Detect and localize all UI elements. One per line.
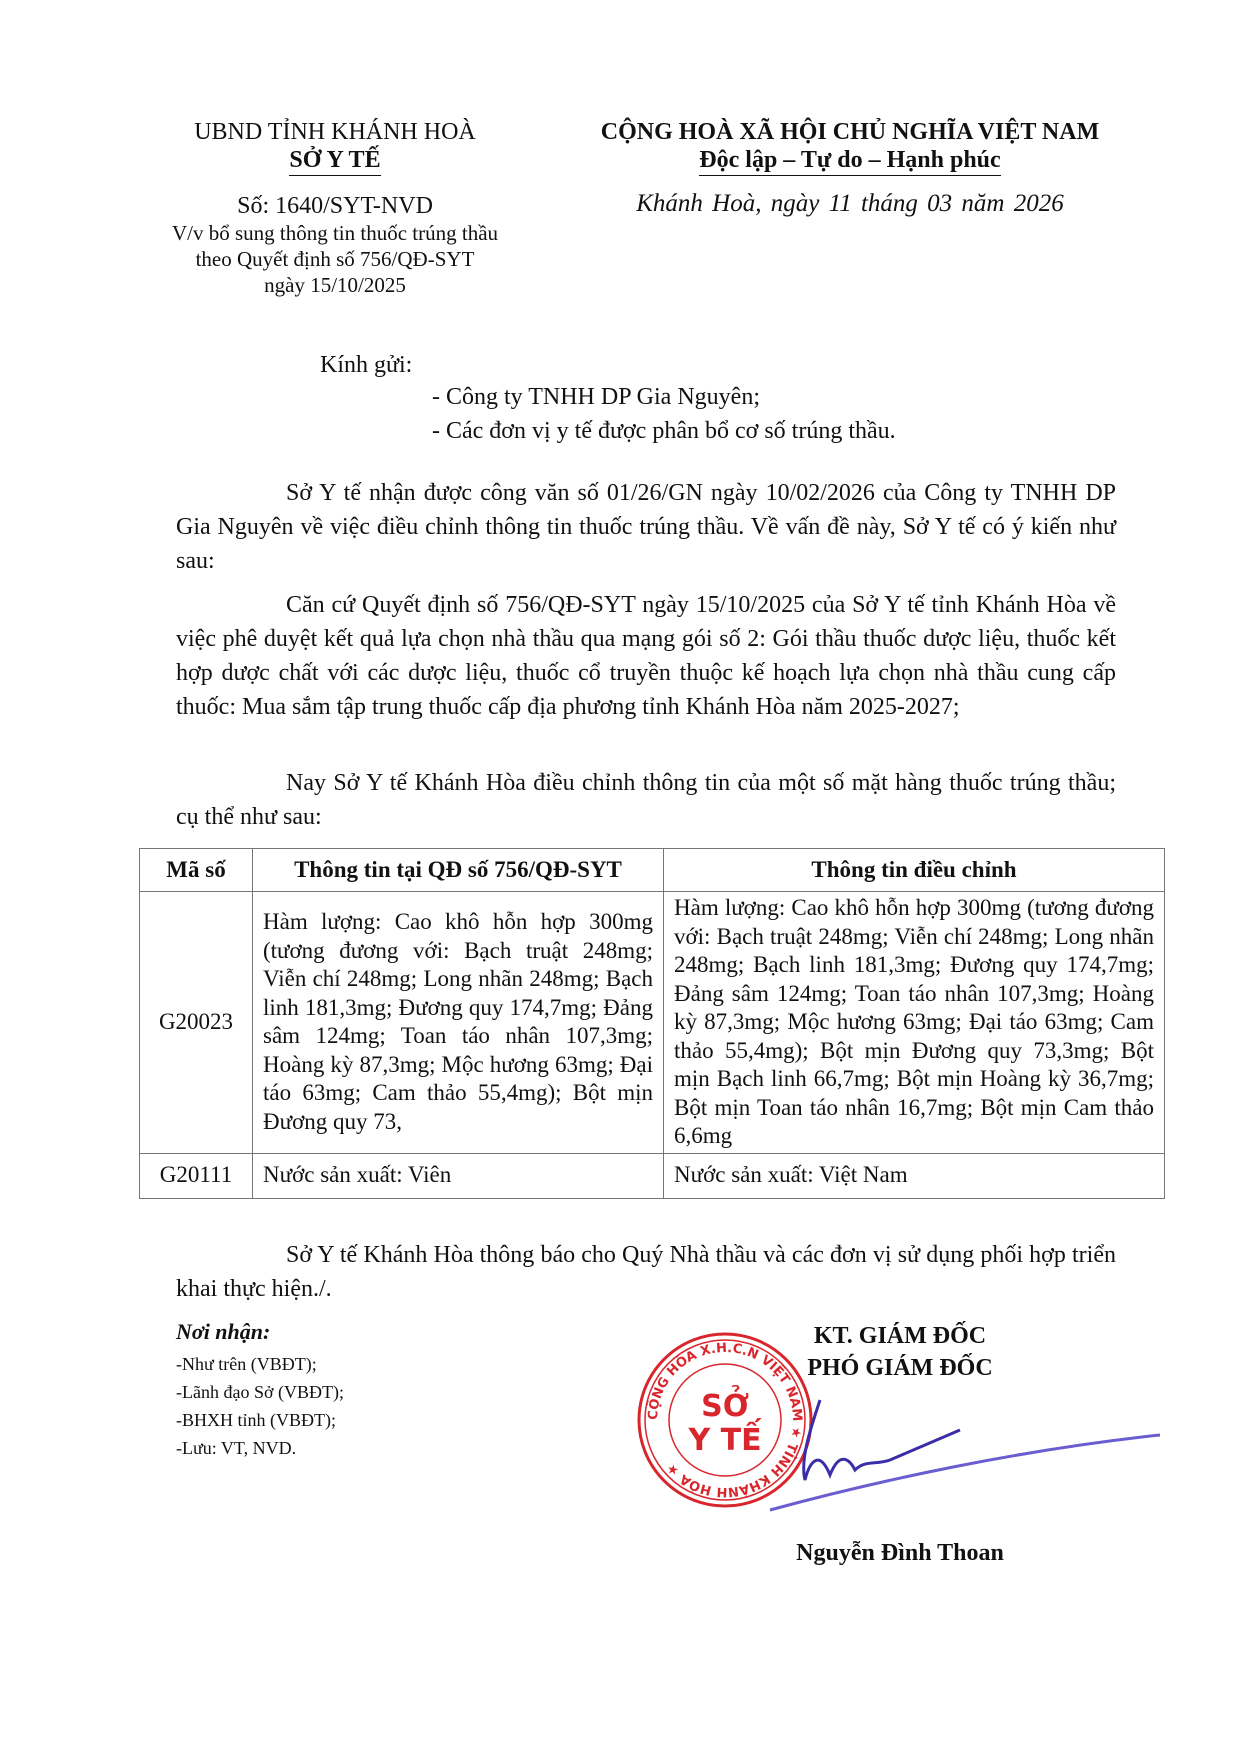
table-row: G20023 Hàm lượng: Cao khô hỗn hợp 300mg … — [140, 892, 1165, 1154]
row-code: G20023 — [140, 892, 253, 1154]
body-paragraph-1: Sở Y tế nhận được công văn số 01/26/GN n… — [176, 476, 1116, 578]
col-code: Mã số — [140, 849, 253, 892]
recipient-item: -Như trên (VBĐT); — [176, 1350, 344, 1378]
adjustment-table: Mã số Thông tin tại QĐ số 756/QĐ-SYT Thô… — [139, 848, 1165, 1199]
svg-text:SỞ: SỞ — [701, 1384, 749, 1424]
recipient-item: -Lãnh đạo Sở (VBĐT); — [176, 1378, 344, 1406]
issuing-authority-block: UBND TỈNH KHÁNH HOÀ SỞ Y TẾ Số: 1640/SYT… — [140, 118, 530, 298]
row-code: G20111 — [140, 1153, 253, 1198]
addressee-2: - Các đơn vị y tế được phân bổ cơ số trú… — [432, 414, 896, 448]
closing-paragraph: Sở Y tế Khánh Hòa thông báo cho Quý Nhà … — [176, 1238, 1116, 1306]
document-number: Số: 1640/SYT-NVD — [140, 192, 530, 220]
signature-block: KT. GIÁM ĐỐC PHÓ GIÁM ĐỐC — [700, 1320, 1100, 1384]
addressee-1: - Công ty TNHH DP Gia Nguyên; — [432, 380, 760, 414]
row-old-info: Nước sản xuất: Viên — [253, 1153, 664, 1198]
subject-line-3: ngày 15/10/2025 — [140, 272, 530, 298]
signer-name: Nguyễn Đình Thoan — [700, 1540, 1100, 1567]
national-header-block: CỘNG HOÀ XÃ HỘI CHỦ NGHĨA VIỆT NAM Độc l… — [560, 118, 1140, 218]
place-date: Khánh Hoà, ngày 11 tháng 03 năm 2026 — [560, 190, 1140, 218]
row-old-info: Hàm lượng: Cao khô hỗn hợp 300mg (tương … — [253, 892, 664, 1154]
row-new-info: Nước sản xuất: Việt Nam — [664, 1153, 1165, 1198]
subject-line-2: theo Quyết định số 756/QĐ-SYT — [140, 246, 530, 272]
svg-text:Y TẾ: Y TẾ — [687, 1418, 762, 1458]
authority-name: UBND TỈNH KHÁNH HOÀ — [140, 118, 530, 146]
col-new-info: Thông tin điều chỉnh — [664, 849, 1165, 892]
row-new-info: Hàm lượng: Cao khô hỗn hợp 300mg (tương … — [664, 892, 1165, 1154]
handwritten-signature-icon — [760, 1390, 1160, 1520]
body-paragraph-3: Nay Sở Y tế Khánh Hòa điều chỉnh thông t… — [176, 766, 1116, 834]
recipient-item: -BHXH tỉnh (VBĐT); — [176, 1406, 344, 1434]
recipients-block: Nơi nhận: -Như trên (VBĐT); -Lãnh đạo Sở… — [176, 1318, 344, 1462]
motto: Độc lập – Tự do – Hạnh phúc — [699, 146, 1000, 176]
national-title: CỘNG HOÀ XÃ HỘI CHỦ NGHĨA VIỆT NAM — [560, 118, 1140, 146]
department-name: SỞ Y TẾ — [289, 146, 380, 176]
col-old-info: Thông tin tại QĐ số 756/QĐ-SYT — [253, 849, 664, 892]
subject-line-1: V/v bổ sung thông tin thuốc trúng thầu — [140, 220, 530, 246]
table-row: G20111 Nước sản xuất: Viên Nước sản xuất… — [140, 1153, 1165, 1198]
table-header-row: Mã số Thông tin tại QĐ số 756/QĐ-SYT Thô… — [140, 849, 1165, 892]
addressee-label: Kính gửi: — [320, 348, 412, 382]
signature-title-1: KT. GIÁM ĐỐC — [700, 1320, 1100, 1352]
recipient-item: -Lưu: VT, NVD. — [176, 1434, 344, 1462]
body-paragraph-2: Căn cứ Quyết định số 756/QĐ-SYT ngày 15/… — [176, 588, 1116, 724]
signature-title-2: PHÓ GIÁM ĐỐC — [700, 1352, 1100, 1384]
recipients-title: Nơi nhận: — [176, 1318, 344, 1346]
